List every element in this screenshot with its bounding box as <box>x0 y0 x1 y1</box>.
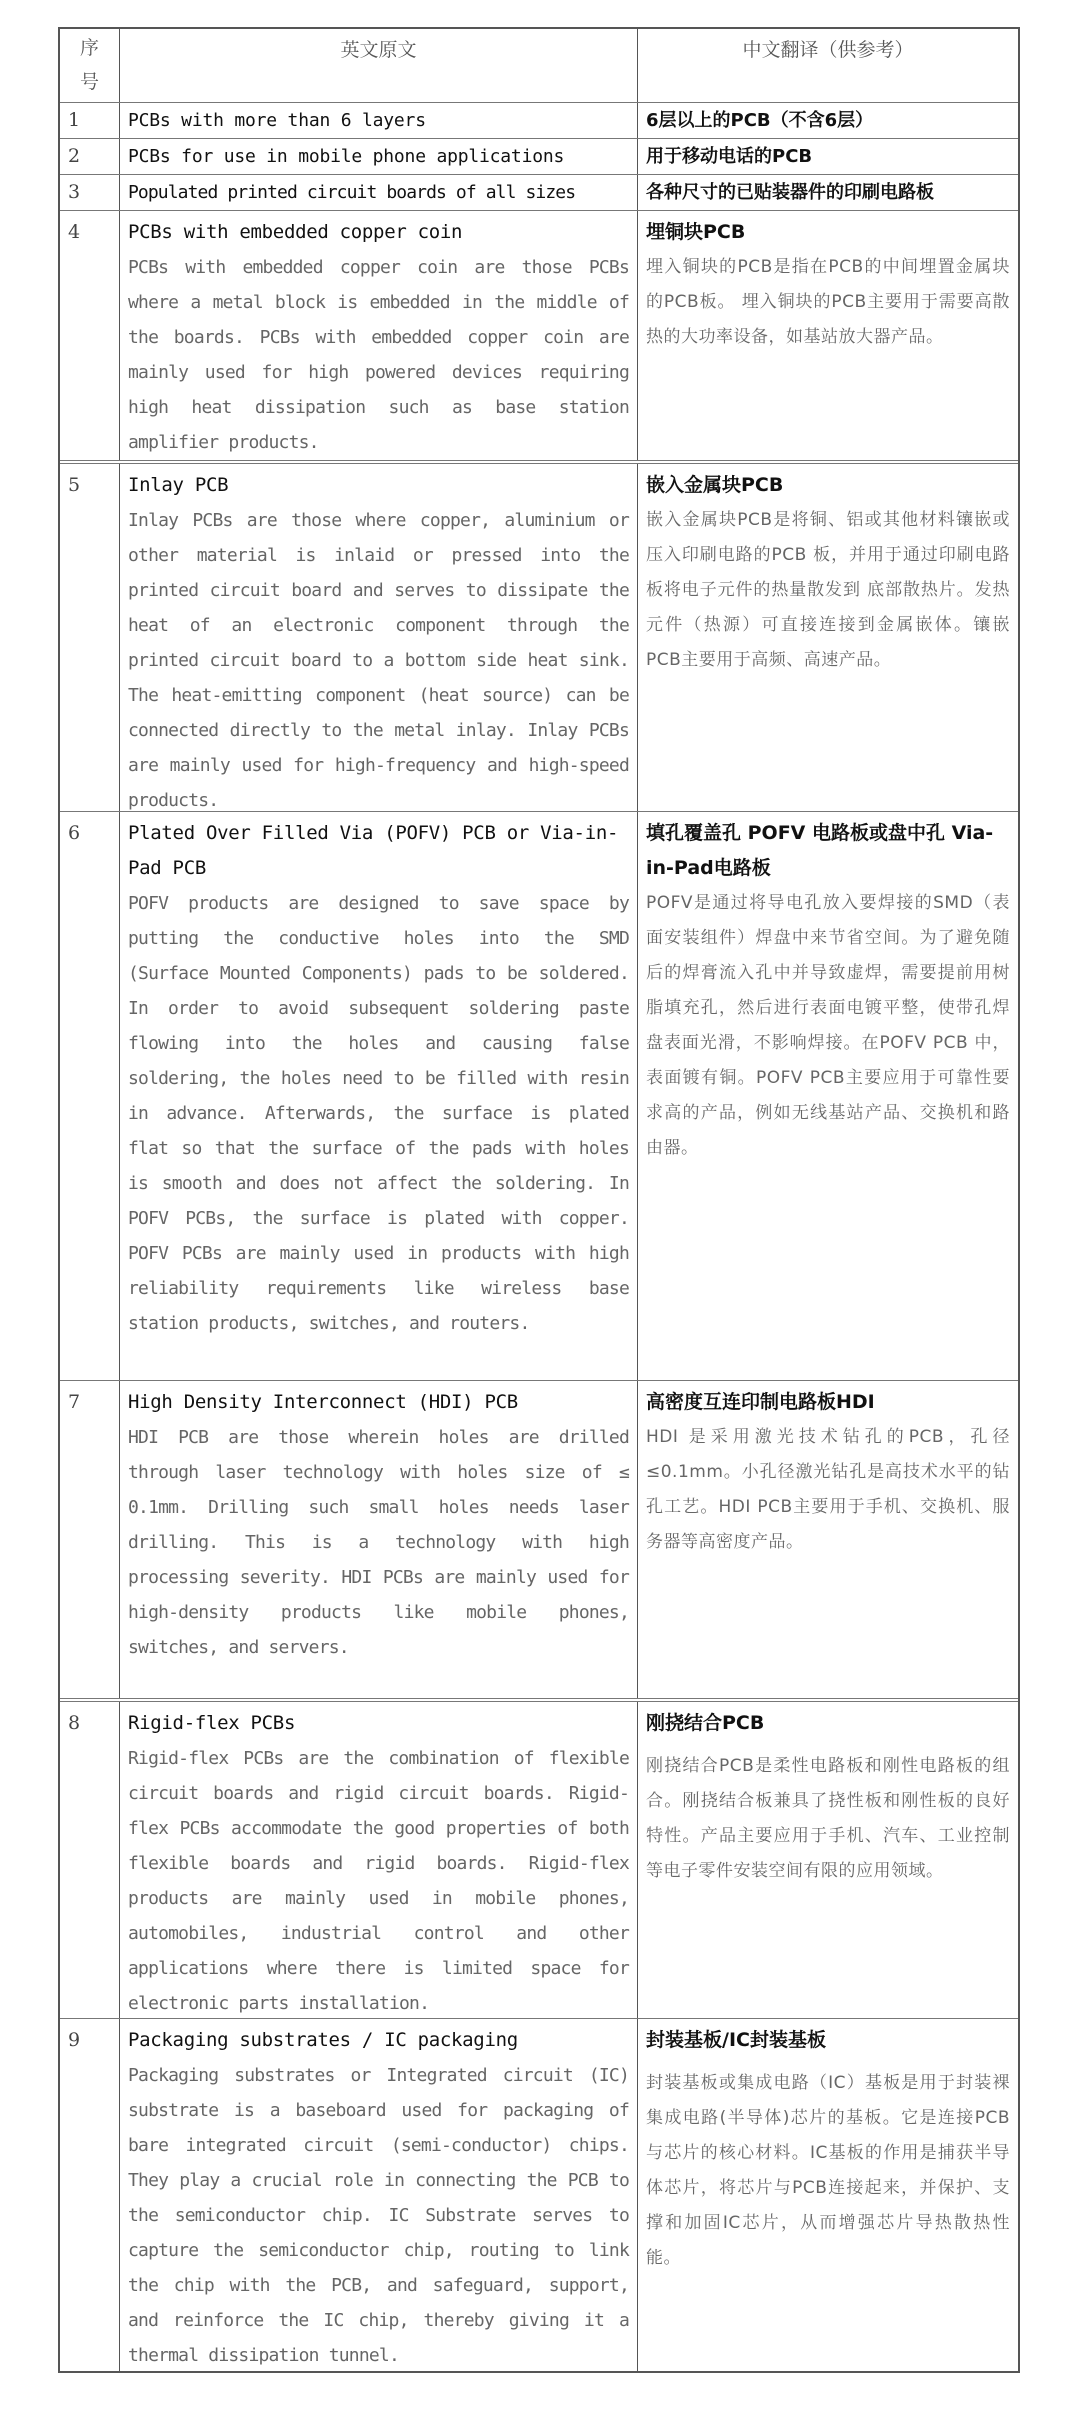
chinese-title: 各种尺寸的已贴装器件的印刷电路板 <box>646 179 1010 206</box>
table-row: 2 PCBs for use in mobile phone applicati… <box>60 138 1018 174</box>
chinese-description: 嵌入金属块PCB是将铜、铝或其他材料镶嵌或压入印刷电路的PCB 板，并用于通过印… <box>646 503 1010 678</box>
english-cell: High Density Interconnect (HDI) PCB HDI … <box>120 1381 638 1698</box>
chinese-title: 封装基板/IC封装基板 <box>646 2023 1010 2058</box>
header-chinese: 中文翻译（供参考） <box>638 29 1018 102</box>
english-description: Inlay PCBs are those where copper, alumi… <box>128 503 629 818</box>
chinese-description: HDI 是采用激光技术钻孔的PCB，孔径≤0.1mm。小孔径激光钻孔是高技术水平… <box>646 1420 1010 1560</box>
table-header-row: 序号 英文原文 中文翻译（供参考） <box>60 29 1018 102</box>
english-description: HDI PCB are those wherein holes are dril… <box>128 1420 629 1665</box>
english-cell: Inlay PCB Inlay PCBs are those where cop… <box>120 464 638 811</box>
chinese-title: 6层以上的PCB（不含6层） <box>646 107 1010 134</box>
english-cell: PCBs for use in mobile phone application… <box>120 139 638 174</box>
chinese-cell: 埋铜块PCB 埋入铜块的PCB是指在PCB的中间埋置金属块的PCB板。 埋入铜块… <box>638 211 1018 460</box>
header-number-label: 序号 <box>80 31 100 99</box>
row-number: 1 <box>60 103 120 138</box>
chinese-cell: 6层以上的PCB（不含6层） <box>638 103 1018 138</box>
table-row: 5 Inlay PCB Inlay PCBs are those where c… <box>60 460 1018 811</box>
chinese-description: 刚挠结合PCB是柔性电路板和刚性电路板的组合。刚挠结合板兼具了挠性板和刚性板的良… <box>646 1749 1010 1889</box>
chinese-cell: 用于移动电话的PCB <box>638 139 1018 174</box>
english-title: Plated Over Filled Via (POFV) PCB or Via… <box>128 816 629 886</box>
english-cell: Populated printed circuit boards of all … <box>120 175 638 210</box>
chinese-description: POFV是通过将导电孔放入要焊接的SMD（表面安装组件）焊盘中来节省空间。为了避… <box>646 886 1010 1166</box>
chinese-description: 埋入铜块的PCB是指在PCB的中间埋置金属块的PCB板。 埋入铜块的PCB主要用… <box>646 250 1010 355</box>
chinese-title: 刚挠结合PCB <box>646 1706 1010 1741</box>
english-cell: Rigid-flex PCBs Rigid-flex PCBs are the … <box>120 1702 638 2018</box>
row-number: 5 <box>60 464 120 811</box>
english-cell: Packaging substrates / IC packaging Pack… <box>120 2019 638 2371</box>
table-row: 9 Packaging substrates / IC packaging Pa… <box>60 2018 1018 2371</box>
chinese-title: 埋铜块PCB <box>646 215 1010 250</box>
english-description: Rigid-flex PCBs are the combination of f… <box>128 1741 629 2021</box>
table-row: 1 PCBs with more than 6 layers 6层以上的PCB（… <box>60 102 1018 138</box>
row-number: 3 <box>60 175 120 210</box>
chinese-title: 高密度互连印制电路板HDI <box>646 1385 1010 1420</box>
chinese-cell: 封装基板/IC封装基板 封装基板或集成电路（IC）基板是用于封装裸集成电路(半导… <box>638 2019 1018 2371</box>
row-number: 6 <box>60 812 120 1380</box>
chinese-title: 嵌入金属块PCB <box>646 468 1010 503</box>
english-description: POFV products are designed to save space… <box>128 886 629 1341</box>
english-title: Rigid-flex PCBs <box>128 1706 629 1741</box>
english-title: PCBs with more than 6 layers <box>128 107 629 134</box>
english-title: Inlay PCB <box>128 468 629 503</box>
pcb-terms-table: 序号 英文原文 中文翻译（供参考） 1 PCBs with more than … <box>58 27 1020 2373</box>
table-row: 4 PCBs with embedded copper coin PCBs wi… <box>60 210 1018 460</box>
english-cell: PCBs with more than 6 layers <box>120 103 638 138</box>
english-description: Packaging substrates or Integrated circu… <box>128 2058 629 2373</box>
row-number: 9 <box>60 2019 120 2371</box>
table-row: 3 Populated printed circuit boards of al… <box>60 174 1018 210</box>
chinese-cell: 填孔覆盖孔 POFV 电路板或盘中孔 Via-in-Pad电路板 POFV是通过… <box>638 812 1018 1380</box>
table-row: 8 Rigid-flex PCBs Rigid-flex PCBs are th… <box>60 1698 1018 2018</box>
table-row: 6 Plated Over Filled Via (POFV) PCB or V… <box>60 811 1018 1380</box>
english-title: PCBs with embedded copper coin <box>128 215 629 250</box>
english-title: High Density Interconnect (HDI) PCB <box>128 1385 629 1420</box>
english-title: Packaging substrates / IC packaging <box>128 2023 629 2058</box>
chinese-cell: 刚挠结合PCB 刚挠结合PCB是柔性电路板和刚性电路板的组合。刚挠结合板兼具了挠… <box>638 1702 1018 2018</box>
english-title: PCBs for use in mobile phone application… <box>128 143 629 170</box>
chinese-cell: 各种尺寸的已贴装器件的印刷电路板 <box>638 175 1018 210</box>
row-number: 2 <box>60 139 120 174</box>
row-number: 8 <box>60 1702 120 2018</box>
chinese-title: 填孔覆盖孔 POFV 电路板或盘中孔 Via-in-Pad电路板 <box>646 816 1010 886</box>
chinese-description: 封装基板或集成电路（IC）基板是用于封装裸集成电路(半导体)芯片的基板。它是连接… <box>646 2066 1010 2276</box>
table-row: 7 High Density Interconnect (HDI) PCB HD… <box>60 1380 1018 1698</box>
header-english: 英文原文 <box>120 29 638 102</box>
row-number: 7 <box>60 1381 120 1698</box>
chinese-title: 用于移动电话的PCB <box>646 143 1010 170</box>
chinese-cell: 高密度互连印制电路板HDI HDI 是采用激光技术钻孔的PCB，孔径≤0.1mm… <box>638 1381 1018 1698</box>
chinese-cell: 嵌入金属块PCB 嵌入金属块PCB是将铜、铝或其他材料镶嵌或压入印刷电路的PCB… <box>638 464 1018 811</box>
english-cell: Plated Over Filled Via (POFV) PCB or Via… <box>120 812 638 1380</box>
english-description: PCBs with embedded copper coin are those… <box>128 250 629 460</box>
header-number: 序号 <box>60 29 120 102</box>
english-title: Populated printed circuit boards of all … <box>128 179 629 206</box>
row-number: 4 <box>60 211 120 460</box>
english-cell: PCBs with embedded copper coin PCBs with… <box>120 211 638 460</box>
